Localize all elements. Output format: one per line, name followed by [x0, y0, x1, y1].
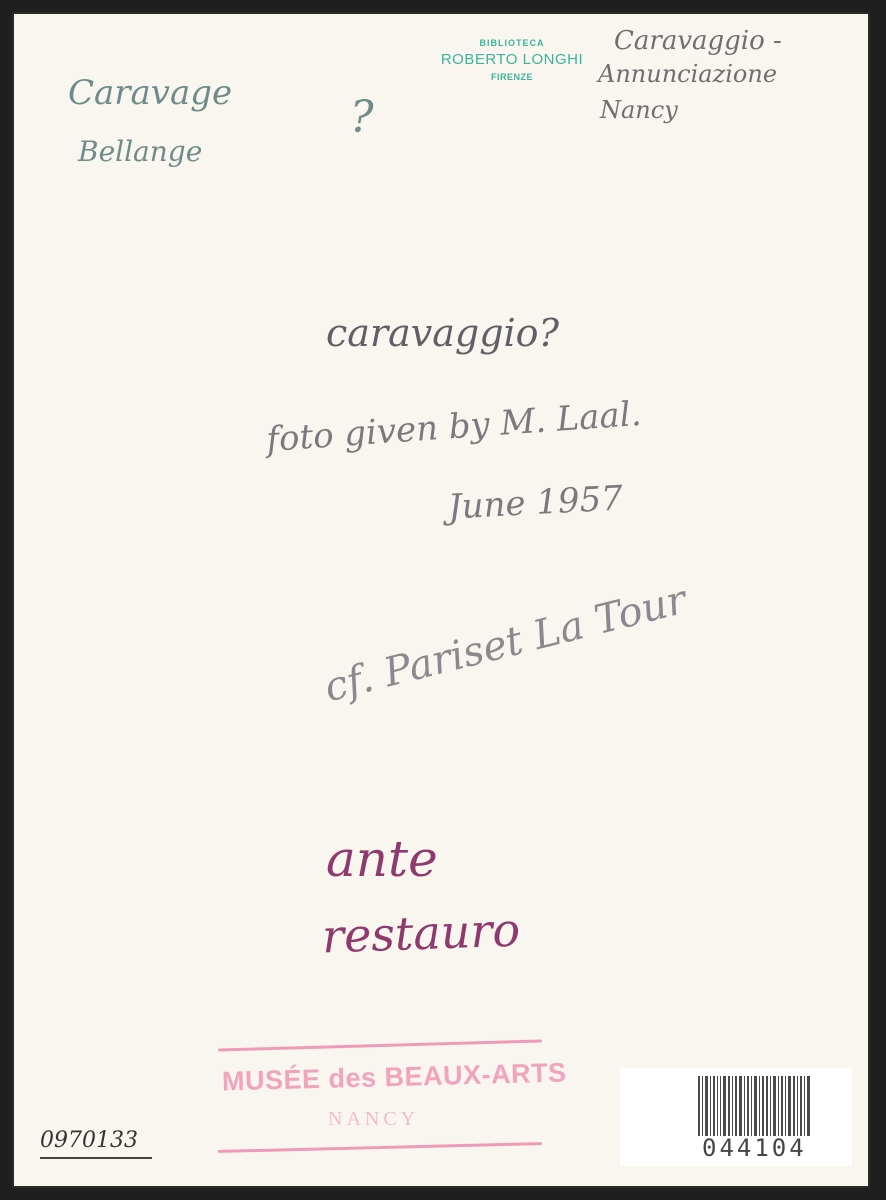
note-question-mark: ? [350, 96, 374, 140]
barcode-number: 044104 [702, 1134, 807, 1162]
note-foto-given: foto given by M. Laal. [265, 397, 642, 457]
note-nancy: Nancy [600, 98, 678, 122]
note-ante: ante [326, 834, 438, 884]
note-bellange: Bellange [78, 138, 202, 166]
stamp-line-biblioteca: BIBLIOTECA [422, 38, 602, 48]
catalog-number-text: 0970133 [40, 1128, 152, 1153]
stamp-line-roberto-longhi: ROBERTO LONGHI [422, 51, 602, 68]
stamp-rule-top [218, 1039, 542, 1051]
note-caravaggio-question: caravaggio? [326, 314, 559, 352]
note-caravaggio-title: Caravaggio - [614, 28, 782, 54]
barcode-label: 044104 [620, 1068, 852, 1166]
stamp-line-firenze: FIRENZE [422, 72, 602, 82]
catalog-number: 0970133 [40, 1128, 152, 1159]
stamp-line-musee: MUSÉE des BEAUX-ARTS [222, 1057, 567, 1097]
photo-card-verso: Caravage Bellange ? BIBLIOTECA ROBERTO L… [12, 12, 870, 1188]
barcode-icon [698, 1076, 832, 1136]
note-restauro: restauro [321, 907, 521, 960]
stamp-musee-nancy: MUSÉE des BEAUX-ARTS NANCY [216, 1026, 548, 1166]
stamp-biblioteca-longhi: BIBLIOTECA ROBERTO LONGHI FIRENZE [422, 38, 602, 82]
stamp-rule-bottom [218, 1142, 542, 1153]
note-annunciazione: Annunciazione [598, 62, 777, 86]
note-caravage: Caravage [68, 76, 232, 110]
stamp-line-nancy: NANCY [328, 1108, 419, 1131]
note-date: June 1957 [447, 481, 623, 524]
note-cf-pariset: cf. Pariset La Tour [321, 580, 690, 709]
catalog-number-underline [40, 1157, 152, 1159]
